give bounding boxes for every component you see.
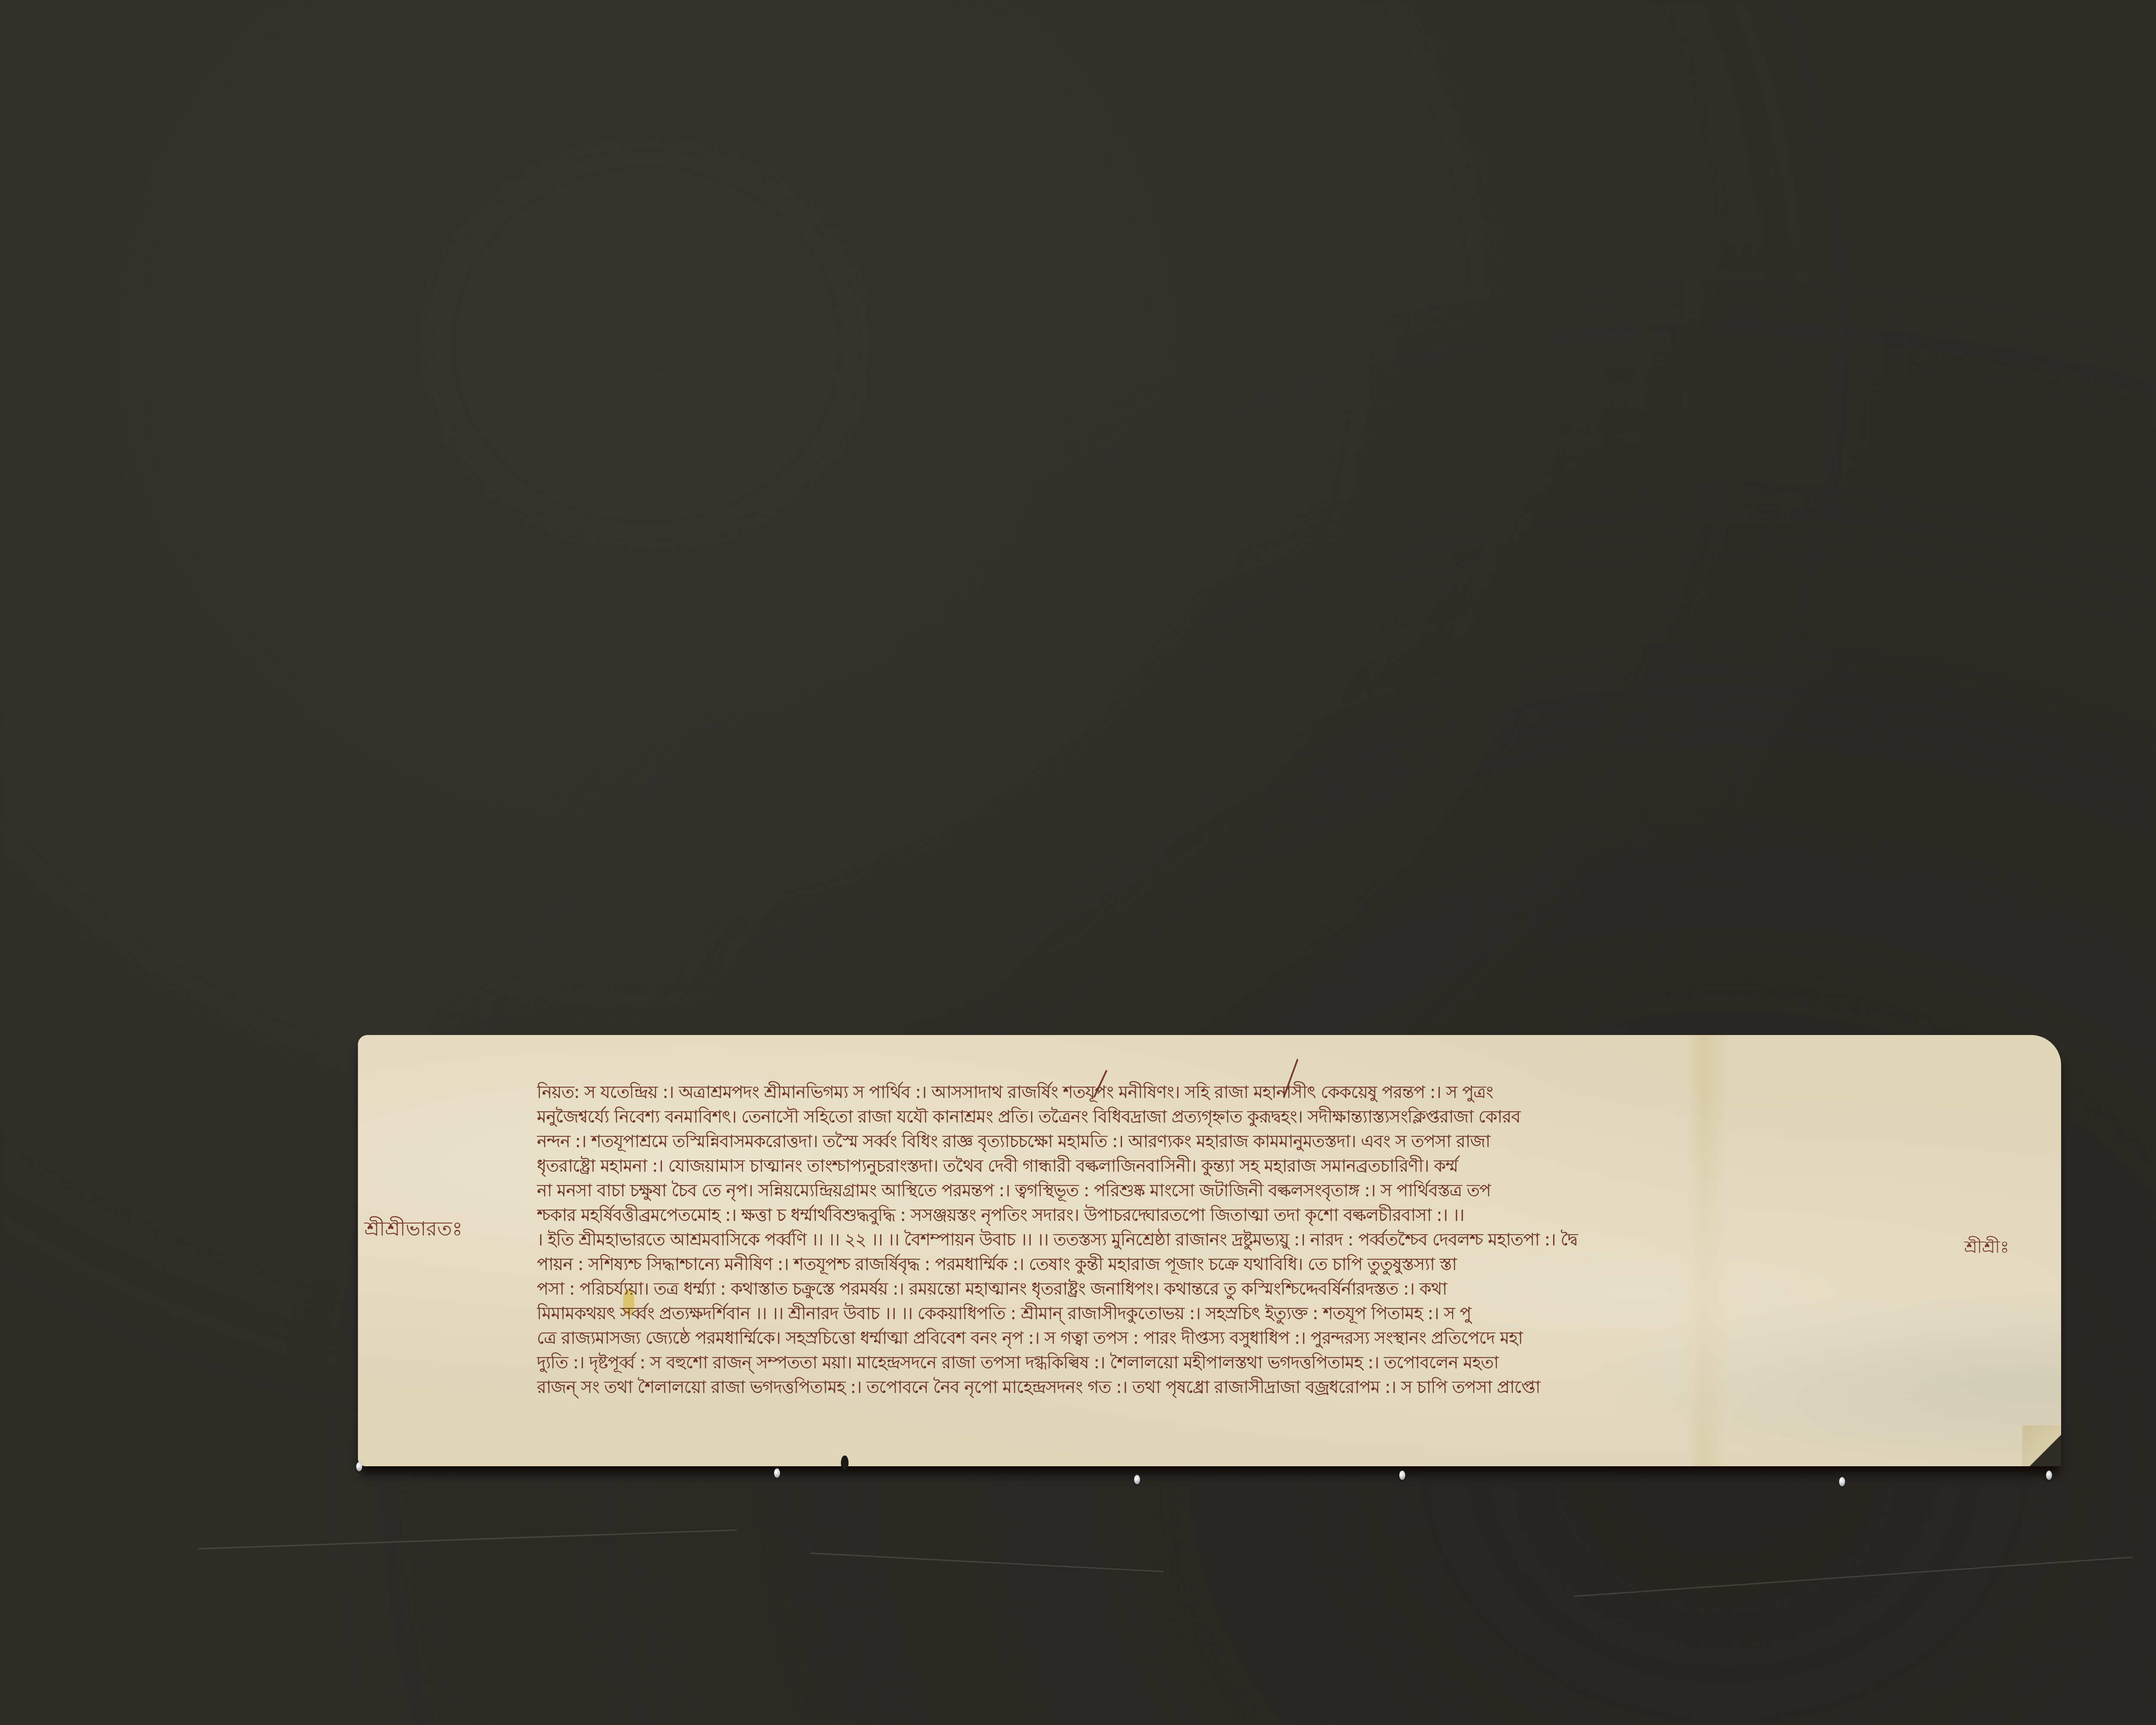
text-line: মিমামকথয়ৎ সর্ব্বং প্রত্যক্ষদর্শিবান ।। … <box>537 1302 1949 1326</box>
text-line: নন্দন :। শতযূপাশ্রমে তস্মিন্নিবাসমকরোত্ত… <box>537 1129 1949 1154</box>
mounting-pin <box>356 1462 362 1471</box>
text-line: মনুজৈশ্বর্য্যে নিবেশ্য বনমাবিশৎ। তেনাসৌ … <box>537 1105 1949 1129</box>
text-line: পায়ন : সশিষ্যশ্চ সিদ্ধাশ্চান্যে মনীষিণ … <box>537 1252 1949 1277</box>
mounting-pin <box>1134 1475 1140 1484</box>
text-line: না মনসা বাচা চক্ষুষা চৈব তে নৃপ। সন্নিয়… <box>537 1179 1949 1203</box>
manuscript-text: নিয়ত: স যতেন্দ্রিয় :। অত্রাশ্রমপদং শ্র… <box>537 1080 1949 1400</box>
margin-title-right: শ্রীশ্রীঃ <box>1964 1233 2009 1262</box>
text-line: দ্যুতি :। দৃষ্টপূর্ব্ব : স বহুশো রাজন্ স… <box>537 1351 1949 1375</box>
text-line: শ্চকার মহর্ষিবত্তীব্রমপেতমোহ :। ক্ষত্তা … <box>537 1203 1949 1228</box>
board-scratch <box>811 1552 1164 1572</box>
text-line: ধৃতরাষ্ট্রো মহামনা :। যোজয়ামাস চাত্মানং… <box>537 1154 1949 1179</box>
text-line: ত্রে রাজ্যমাসজ্য জ্যেষ্ঠে পরমধার্ম্মিকে।… <box>537 1326 1949 1351</box>
mounting-pin <box>2046 1471 2052 1480</box>
text-line: নিয়ত: স যতেন্দ্রিয় :। অত্রাশ্রমপদং শ্র… <box>537 1080 1949 1105</box>
text-line: । ইতি শ্রীমহাভারতে আশ্রমবাসিকে পর্ব্বণি … <box>537 1228 1949 1252</box>
board-scratch <box>198 1529 737 1549</box>
mounting-pin <box>1399 1471 1405 1480</box>
mounting-pin <box>774 1468 780 1478</box>
text-line: রাজন্ সং তথা শৈলালয়ো রাজা ভগদত্তপিতামহ … <box>537 1375 1949 1400</box>
board-scratch <box>1574 1556 2133 1597</box>
folded-corner <box>2022 1425 2061 1466</box>
text-line: পসা : পরিচর্য্যয়া। তত্র ধর্ম্ম্যা : কথা… <box>537 1277 1949 1302</box>
paper-hole <box>841 1455 849 1470</box>
mounting-pin <box>1839 1477 1845 1487</box>
margin-title-left: শ্রীশ্রীভারতঃ <box>364 1214 463 1247</box>
